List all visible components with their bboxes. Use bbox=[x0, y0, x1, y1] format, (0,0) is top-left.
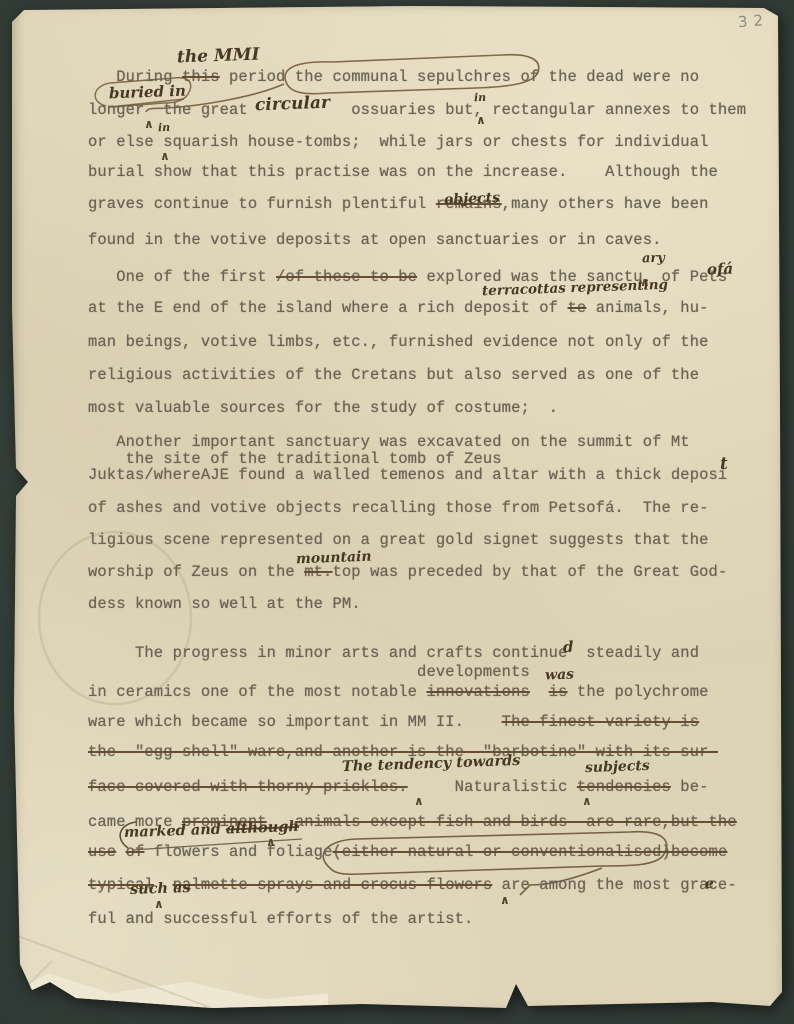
typed-line: ligious scene represented on a great gol… bbox=[88, 530, 709, 550]
insertion-caret: ∧ bbox=[154, 898, 164, 910]
page-number: 32 bbox=[738, 13, 770, 30]
handwritten-correction: e bbox=[705, 877, 714, 891]
typed-line: worship of Zeus on the mt.top was preced… bbox=[88, 562, 727, 582]
handwritten-insertion: such as bbox=[130, 881, 191, 898]
insertion-caret: ∧ bbox=[582, 795, 592, 807]
typed-line: dess known so well at the PM. bbox=[88, 594, 361, 614]
typed-line: ful and successful efforts of the artist… bbox=[88, 909, 473, 929]
handwritten-insertion: subjects bbox=[585, 759, 650, 775]
handwritten-insertion: ary bbox=[642, 252, 665, 266]
photo-background: During this period the communal sepulchr… bbox=[0, 0, 794, 1024]
handwritten-insertion: mountain bbox=[296, 550, 372, 567]
insertion-caret: ∧ bbox=[500, 894, 510, 906]
typed-line: use of flowers and foliage(either natura… bbox=[88, 842, 727, 862]
typed-line: at the E end of the island where a rich … bbox=[88, 298, 709, 318]
typed-line: longer the great ossuaries but, rectangu… bbox=[88, 100, 746, 120]
typed-line: graves continue to furnish plentiful rem… bbox=[88, 194, 709, 214]
insertion-caret: ∧ bbox=[266, 836, 276, 848]
handwritten-insertion: buried in bbox=[109, 84, 186, 102]
typed-line: face covered with thorny prickles. Natur… bbox=[88, 777, 709, 797]
insertion-caret: ∧ bbox=[414, 795, 424, 807]
handwritten-insertion: in bbox=[158, 122, 171, 133]
typed-line: most valuable sources for the study of c… bbox=[88, 398, 558, 418]
typed-line: ware which became so important in MM II.… bbox=[88, 712, 699, 732]
handwritten-correction: t bbox=[720, 456, 728, 473]
insertion-caret: ∧ bbox=[144, 118, 154, 130]
insertion-caret: ∧ bbox=[160, 150, 170, 162]
typed-line: man beings, votive limbs, etc., furnishe… bbox=[88, 332, 709, 352]
handwritten-insertion: ofá bbox=[707, 262, 734, 278]
handwritten-insertion: objects bbox=[444, 191, 500, 207]
insertion-caret: ∧ bbox=[476, 114, 486, 126]
paper-crease bbox=[22, 961, 52, 991]
paper-crease bbox=[18, 936, 212, 1008]
typed-line: or else squarish house-tombs; while jars… bbox=[88, 132, 709, 152]
typed-line: of ashes and votive objects recalling th… bbox=[88, 498, 709, 518]
typed-line: The progress in minor arts and crafts co… bbox=[88, 643, 699, 663]
handwritten-insertion: in bbox=[474, 92, 487, 103]
handwritten-correction: d bbox=[563, 640, 574, 655]
typed-line: developments bbox=[88, 662, 530, 682]
handwritten-insertion: the MMI bbox=[177, 47, 260, 67]
typed-line: found in the votive deposits at open san… bbox=[88, 230, 662, 250]
handwritten-insertion: circular bbox=[255, 95, 330, 115]
typed-line: religious activities of the Cretans but … bbox=[88, 365, 699, 385]
typed-line: Juktas/whereAJE found a walled temenos a… bbox=[88, 465, 727, 485]
typed-line: in ceramics one of the most notable inno… bbox=[88, 682, 709, 702]
manuscript-page: During this period the communal sepulchr… bbox=[12, 6, 782, 1016]
typed-line: burial show that this practise was on th… bbox=[88, 162, 718, 182]
handwritten-insertion: was bbox=[545, 667, 574, 682]
